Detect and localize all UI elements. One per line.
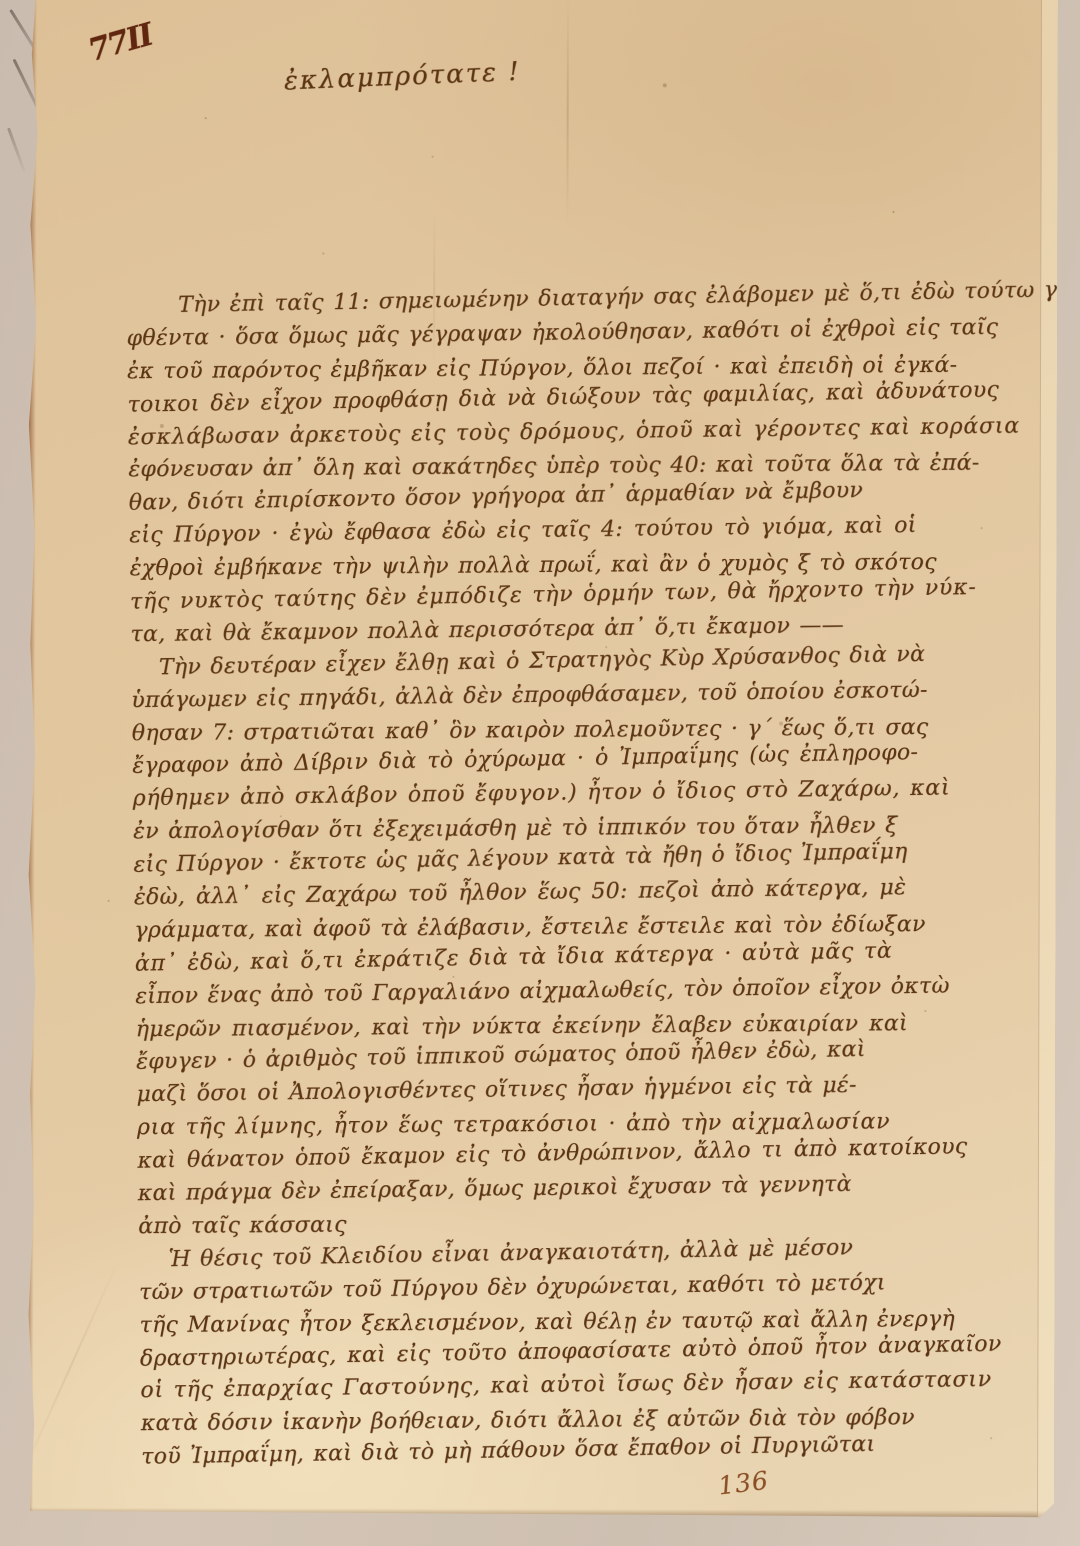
paragraph-2: Τὴν δευτέραν εἶχεν ἔλθῃ καὶ ὁ Στρατηγὸς … — [131, 640, 1061, 1244]
paragraph-1: Τὴν ἐπὶ ταῖς 11: σημειωμένην διαταγήν σα… — [126, 278, 1053, 652]
handwriting-body: Τὴν ἐπὶ ταῖς 11: σημειωμένην διαταγήν σα… — [126, 278, 1063, 1474]
manuscript-sheet: 77II ἐκλαμπρότατε ! Τὴν ἐπὶ ταῖς 11: σημ… — [18, 0, 1058, 1517]
page-number: 136 — [717, 1466, 771, 1501]
underlay-streak — [7, 127, 27, 175]
paragraph-3: Ἡ θέσις τοῦ Κλειδίου εἶναι ἀναγκαιοτάτη,… — [138, 1232, 1063, 1474]
paper-crease — [21, 1255, 121, 1475]
salutation-heading: ἐκλαμπρότατε ! — [283, 57, 521, 97]
paper-crease — [566, 0, 569, 226]
sheet-bottom-edge — [18, 1508, 1054, 1518]
torn-left-edge — [18, 0, 37, 1515]
folio-number: 77II — [84, 17, 156, 69]
